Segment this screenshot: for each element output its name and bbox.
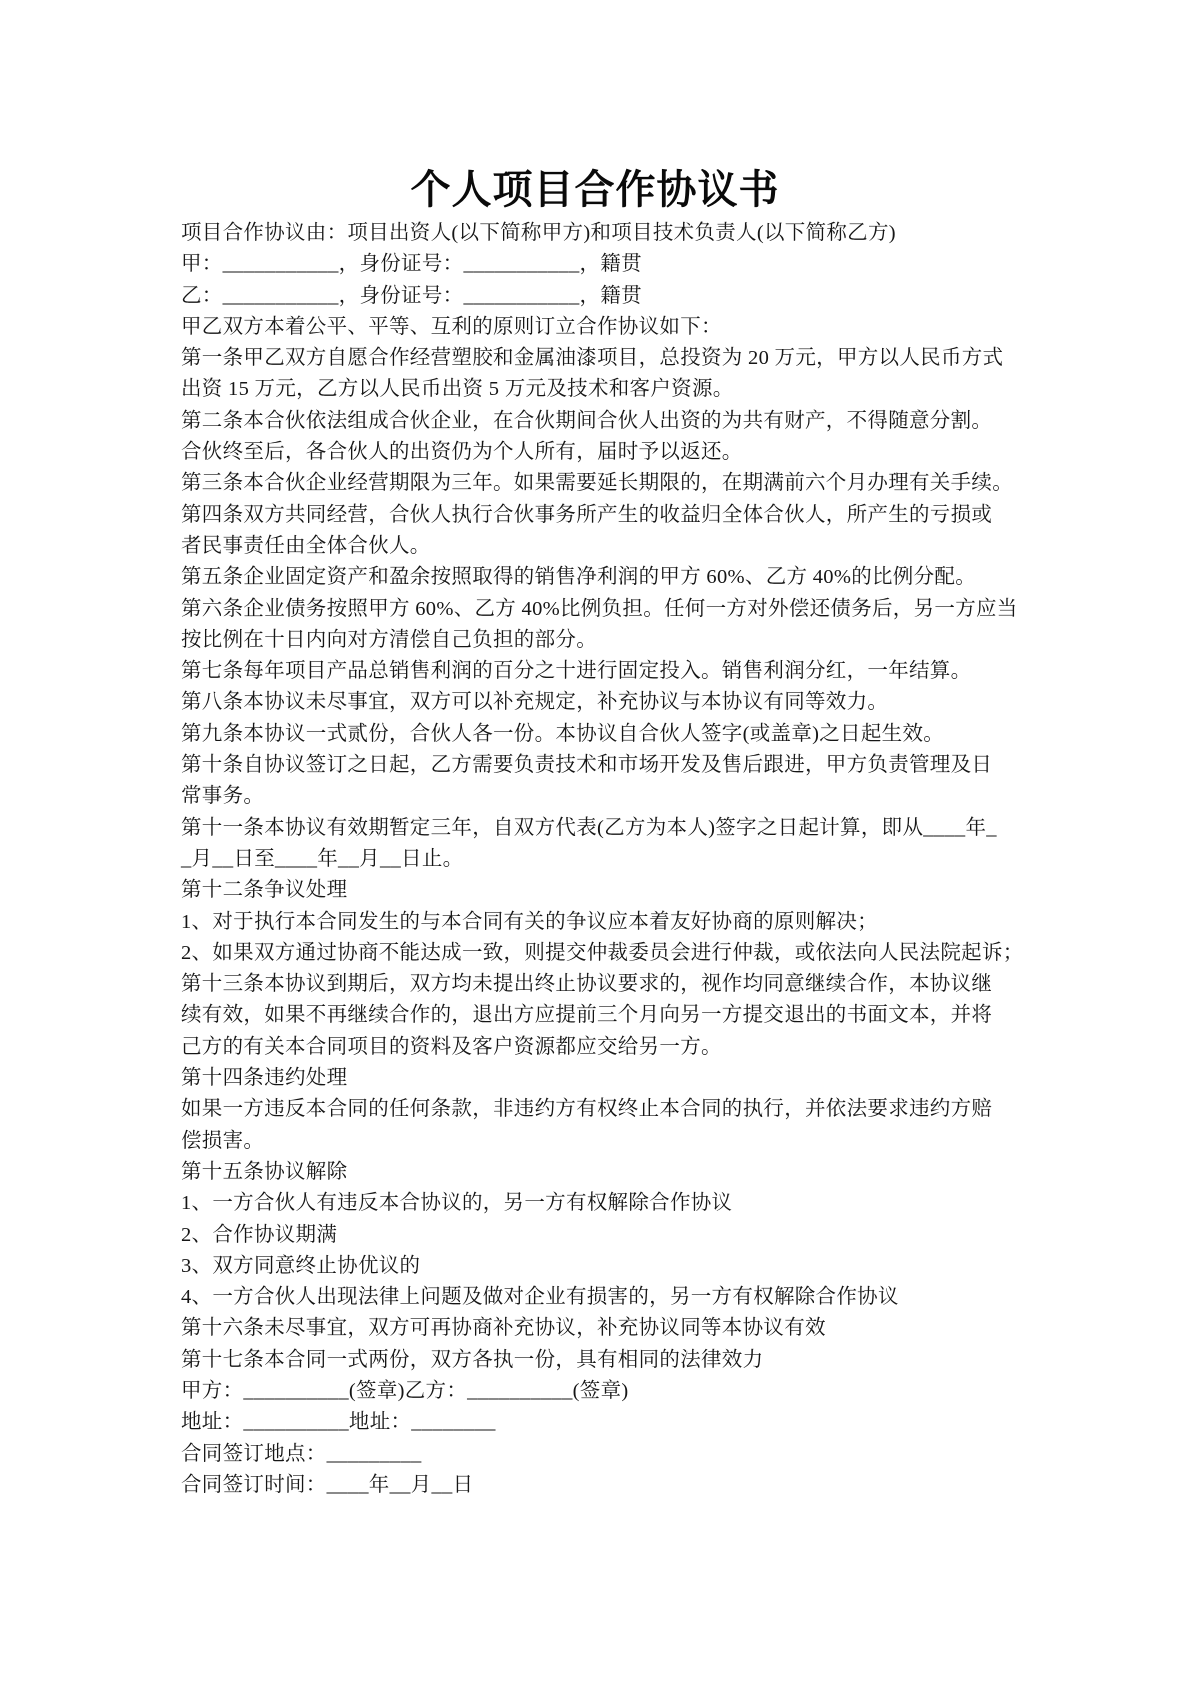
document-line: 偿损害。 bbox=[181, 1126, 1041, 1157]
document-line: 地址：__________地址：________ bbox=[181, 1407, 1041, 1438]
document-page: 个人项目合作协议书 项目合作协议由：项目出资人(以下简称甲方)和项目技术负责人(… bbox=[0, 0, 1190, 1683]
document-line: 第十三条本协议到期后，双方均未提出终止协议要求的，视作均同意继续合作，本协议继 bbox=[181, 969, 1041, 1000]
document-line: 第五条企业固定资产和盈余按照取得的销售净利润的甲方 60%、乙方 40%的比例分… bbox=[181, 562, 1041, 593]
document-line: 者民事责任由全体合伙人。 bbox=[181, 531, 1041, 562]
document-line: 第十条自协议签订之日起，乙方需要负责技术和市场开发及售后跟进，甲方负责管理及日 bbox=[181, 750, 1041, 781]
document-line: 1、对于执行本合同发生的与本合同有关的争议应本着友好协商的原则解决； bbox=[181, 907, 1041, 938]
document-line: 2、如果双方通过协商不能达成一致，则提交仲裁委员会进行仲裁，或依法向人民法院起诉… bbox=[181, 938, 1041, 969]
document-line: 甲：___________，身份证号：___________，籍贯 bbox=[181, 249, 1041, 280]
document-line: 3、双方同意终止协优议的 bbox=[181, 1251, 1041, 1282]
document-line: 2、合作协议期满 bbox=[181, 1220, 1041, 1251]
document-line: 第四条双方共同经营，合伙人执行合伙事务所产生的收益归全体合伙人，所产生的亏损或 bbox=[181, 500, 1041, 531]
document-line: 第十四条违约处理 bbox=[181, 1063, 1041, 1094]
document-line: 第二条本合伙依法组成合伙企业，在合伙期间合伙人出资的为共有财产，不得随意分割。 bbox=[181, 406, 1041, 437]
document-line: 己方的有关本合同项目的资料及客户资源都应交给另一方。 bbox=[181, 1032, 1041, 1063]
document-body: 项目合作协议由：项目出资人(以下简称甲方)和项目技术负责人(以下简称乙方) 甲：… bbox=[181, 218, 1041, 1501]
document-line: 按比例在十日内向对方清偿自己负担的部分。 bbox=[181, 625, 1041, 656]
document-line: _月__日至____年__月__日止。 bbox=[181, 844, 1041, 875]
document-line: 第十二条争议处理 bbox=[181, 875, 1041, 906]
document-line: 合同签订时间：____年__月__日 bbox=[181, 1470, 1041, 1501]
document-line: 第七条每年项目产品总销售利润的百分之十进行固定投入。销售利润分红，一年结算。 bbox=[181, 656, 1041, 687]
document-line: 合同签订地点：_________ bbox=[181, 1439, 1041, 1470]
document-line: 第十五条协议解除 bbox=[181, 1157, 1041, 1188]
document-line: 第十六条未尽事宜，双方可再协商补充协议，补充协议同等本协议有效 bbox=[181, 1313, 1041, 1344]
document-line: 1、一方合伙人有违反本合协议的，另一方有权解除合作协议 bbox=[181, 1188, 1041, 1219]
document-line: 合伙终至后，各合伙人的出资仍为个人所有，届时予以返还。 bbox=[181, 437, 1041, 468]
document-line: 第十一条本协议有效期暂定三年，自双方代表(乙方为本人)签字之日起计算，即从___… bbox=[181, 813, 1041, 844]
document-line: 如果一方违反本合同的任何条款，非违约方有权终止本合同的执行，并依法要求违约方赔 bbox=[181, 1094, 1041, 1125]
document-line: 第六条企业债务按照甲方 60%、乙方 40%比例负担。任何一方对外偿还债务后，另… bbox=[181, 594, 1041, 625]
document-line: 乙：___________，身份证号：___________，籍贯 bbox=[181, 281, 1041, 312]
document-line: 4、一方合伙人出现法律上问题及做对企业有损害的，另一方有权解除合作协议 bbox=[181, 1282, 1041, 1313]
document-line: 项目合作协议由：项目出资人(以下简称甲方)和项目技术负责人(以下简称乙方) bbox=[181, 218, 1041, 249]
document-line: 第十七条本合同一式两份，双方各执一份，具有相同的法律效力 bbox=[181, 1345, 1041, 1376]
document-line: 续有效，如果不再继续合作的，退出方应提前三个月向另一方提交退出的书面文本，并将 bbox=[181, 1000, 1041, 1031]
document-title: 个人项目合作协议书 bbox=[0, 158, 1190, 215]
document-line: 出资 15 万元，乙方以人民币出资 5 万元及技术和客户资源。 bbox=[181, 374, 1041, 405]
document-line: 第一条甲乙双方自愿合作经营塑胶和金属油漆项目，总投资为 20 万元，甲方以人民币… bbox=[181, 343, 1041, 374]
document-line: 第八条本协议未尽事宜，双方可以补充规定，补充协议与本协议有同等效力。 bbox=[181, 687, 1041, 718]
document-line: 第三条本合伙企业经营期限为三年。如果需要延长期限的，在期满前六个月办理有关手续。 bbox=[181, 468, 1041, 499]
document-line: 甲方：__________(签章)乙方：__________(签章) bbox=[181, 1376, 1041, 1407]
document-line: 甲乙双方本着公平、平等、互利的原则订立合作协议如下： bbox=[181, 312, 1041, 343]
document-line: 第九条本协议一式贰份，合伙人各一份。本协议自合伙人签字(或盖章)之日起生效。 bbox=[181, 719, 1041, 750]
document-line: 常事务。 bbox=[181, 781, 1041, 812]
